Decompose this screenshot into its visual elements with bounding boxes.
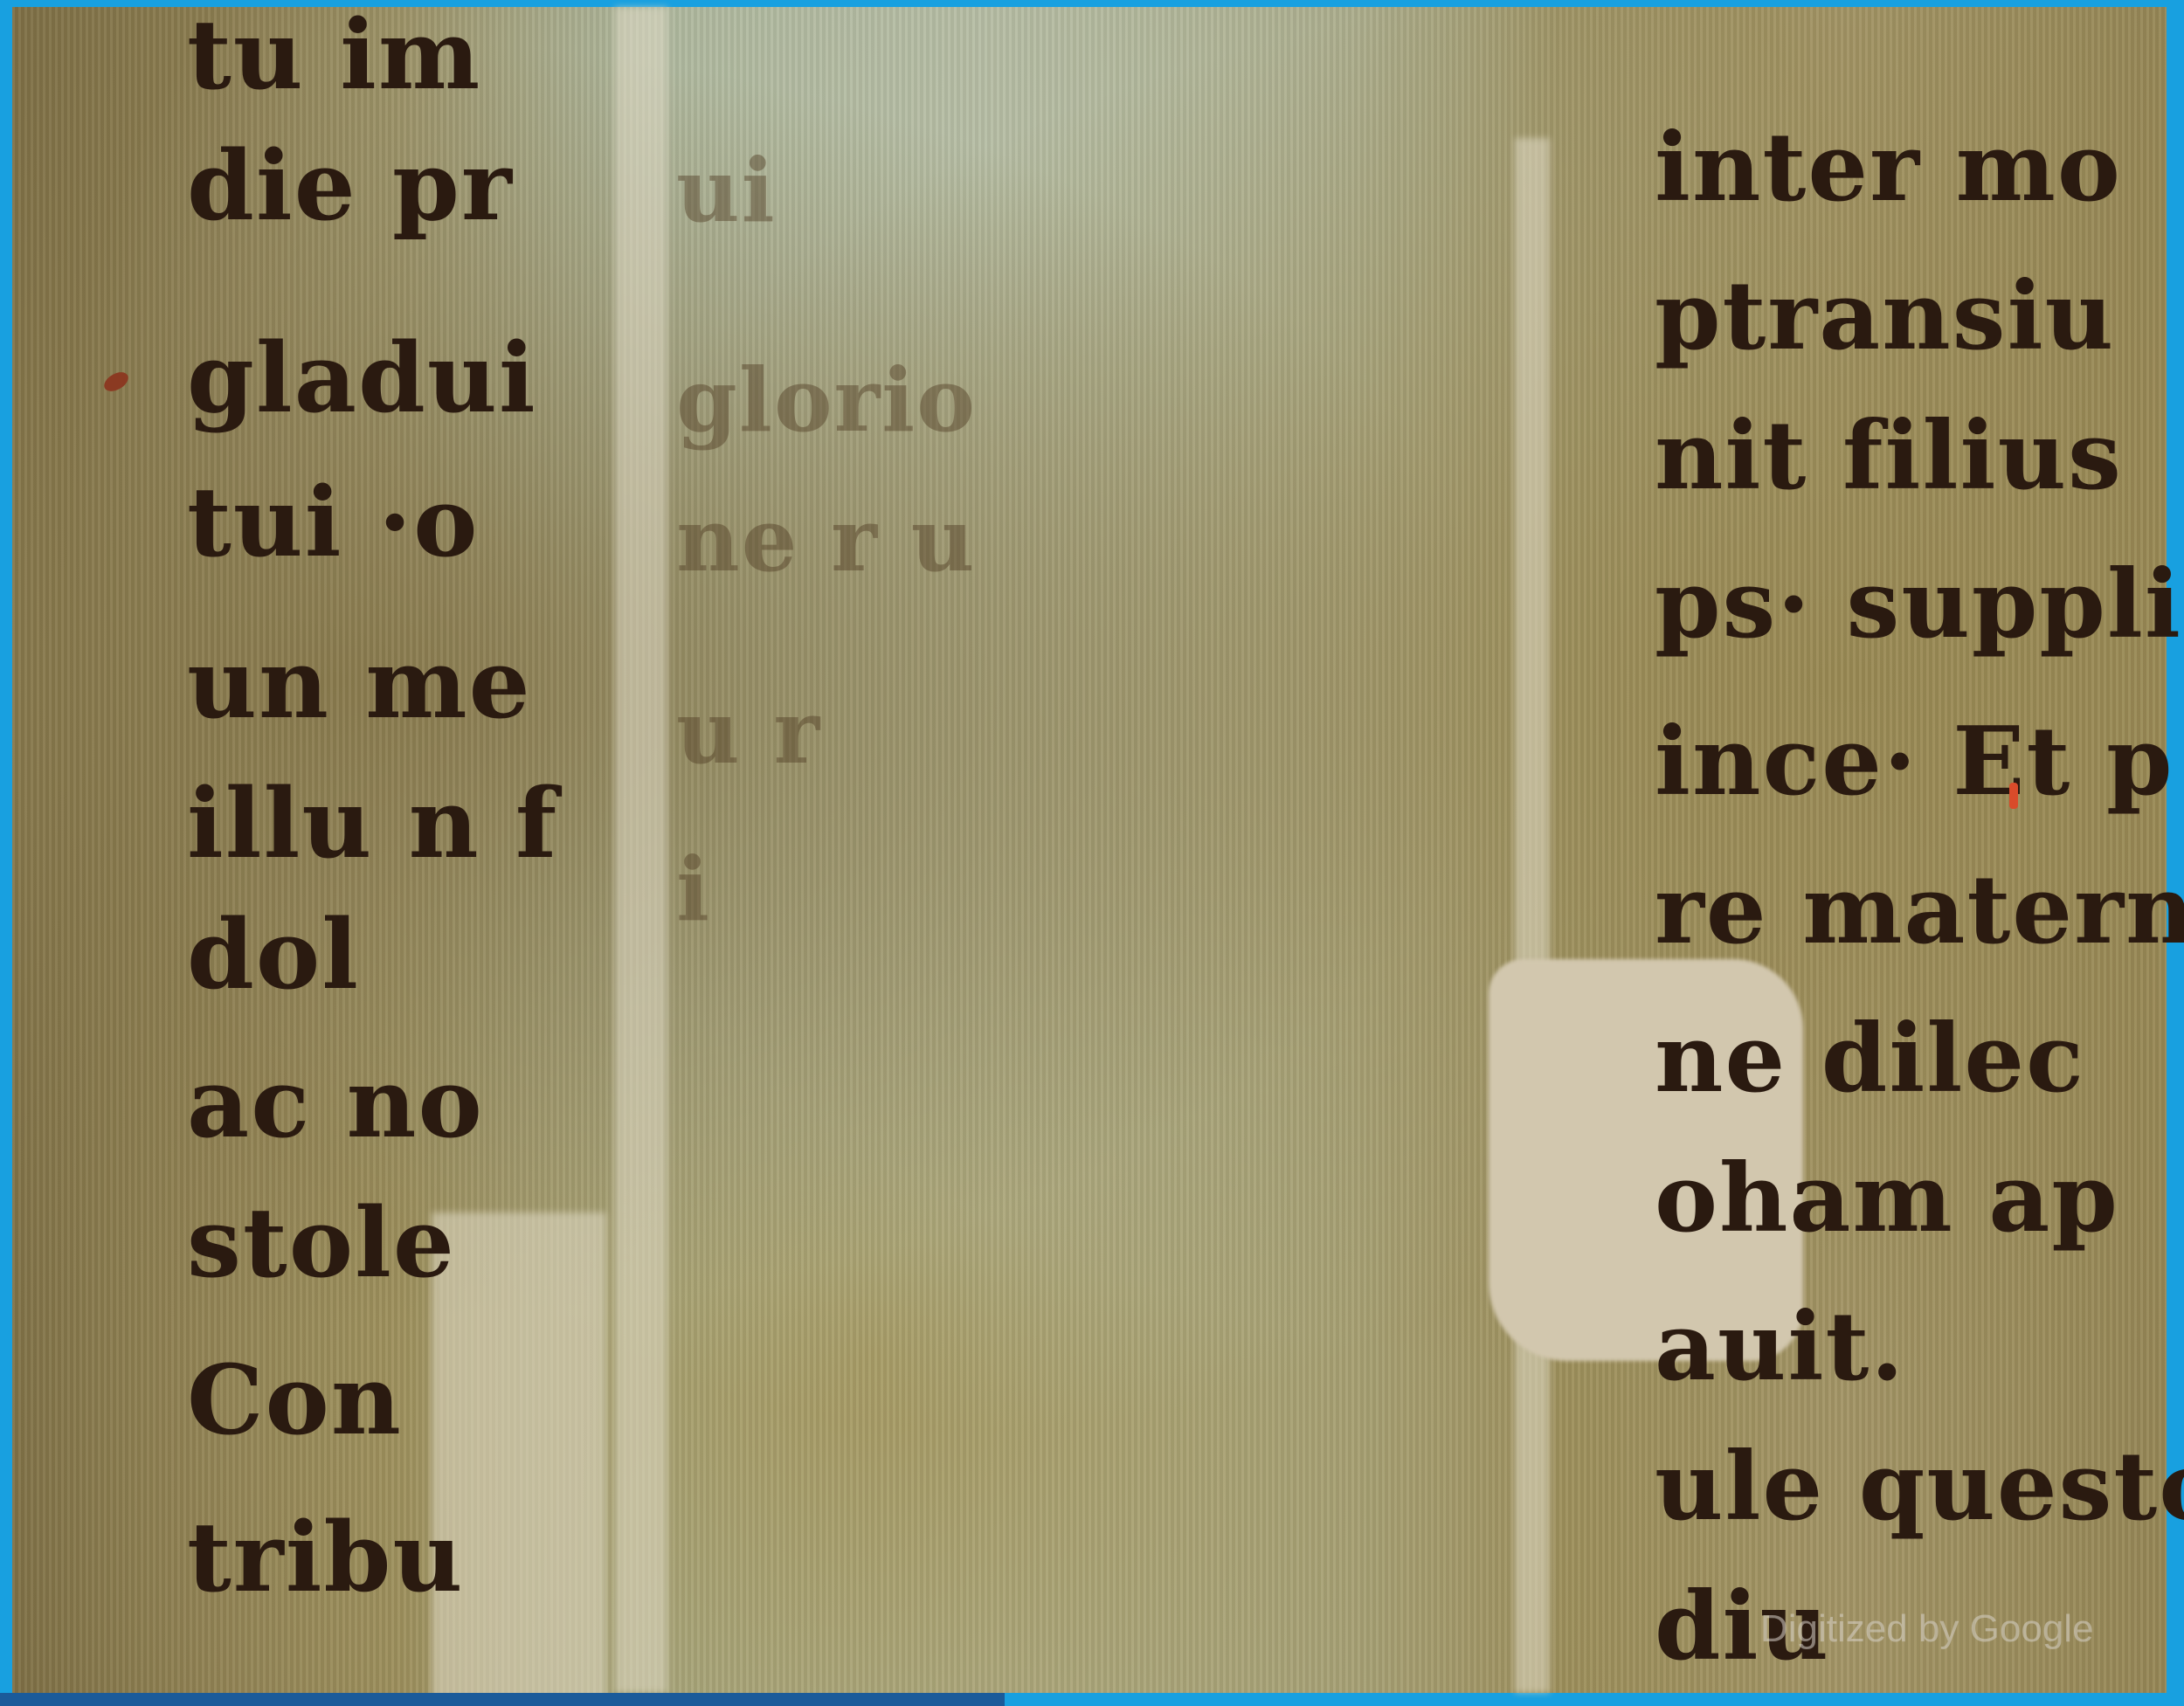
text-line: tribu: [187, 1509, 464, 1606]
red-rubric-mark: [2009, 783, 2018, 809]
text-line: ince· Et p: [1655, 715, 2174, 809]
bottom-blue-band: [0, 1693, 1005, 1706]
text-line: die pr: [187, 138, 514, 234]
text-line: gladui: [187, 330, 537, 426]
digitized-watermark: Digitized by Google: [1760, 1607, 2094, 1651]
faded-text-line: ui: [676, 147, 777, 234]
faded-text-line: ne r u: [676, 496, 976, 584]
text-line: tui ·o: [187, 474, 480, 570]
text-line: illu n f: [187, 776, 558, 872]
faded-text-line: u r: [676, 688, 821, 776]
text-line: oham ap: [1655, 1151, 2119, 1246]
text-line: re matern: [1655, 863, 2184, 957]
text-line: ac no: [187, 1055, 484, 1151]
faded-text-line: i: [676, 846, 711, 933]
text-line: Con: [187, 1352, 403, 1448]
text-line: un me: [187, 636, 532, 732]
parchment-fragment: tu im die pr gladui tui ·o un me illu n …: [12, 7, 2167, 1693]
text-line: ule questo: [1655, 1440, 2184, 1534]
image-frame: tu im die pr gladui tui ·o un me illu n …: [0, 0, 2184, 1706]
text-line: dol: [187, 907, 360, 1003]
text-line: stole: [187, 1195, 456, 1291]
text-line: auit.: [1655, 1300, 1905, 1394]
text-line: ne dilec: [1655, 1012, 2085, 1106]
red-mark: [101, 369, 132, 396]
text-line: tu im: [187, 7, 481, 103]
text-line: ps· supplia: [1655, 557, 2184, 652]
text-line: ptransiu: [1655, 269, 2115, 363]
tear-left: [615, 7, 667, 1693]
tear-lower-left: [432, 1212, 606, 1702]
faded-text-line: glorio: [676, 356, 977, 444]
text-line: nit filius: [1655, 409, 2123, 503]
tear-right: [1515, 138, 1550, 1693]
text-line: inter mo: [1655, 121, 2122, 215]
